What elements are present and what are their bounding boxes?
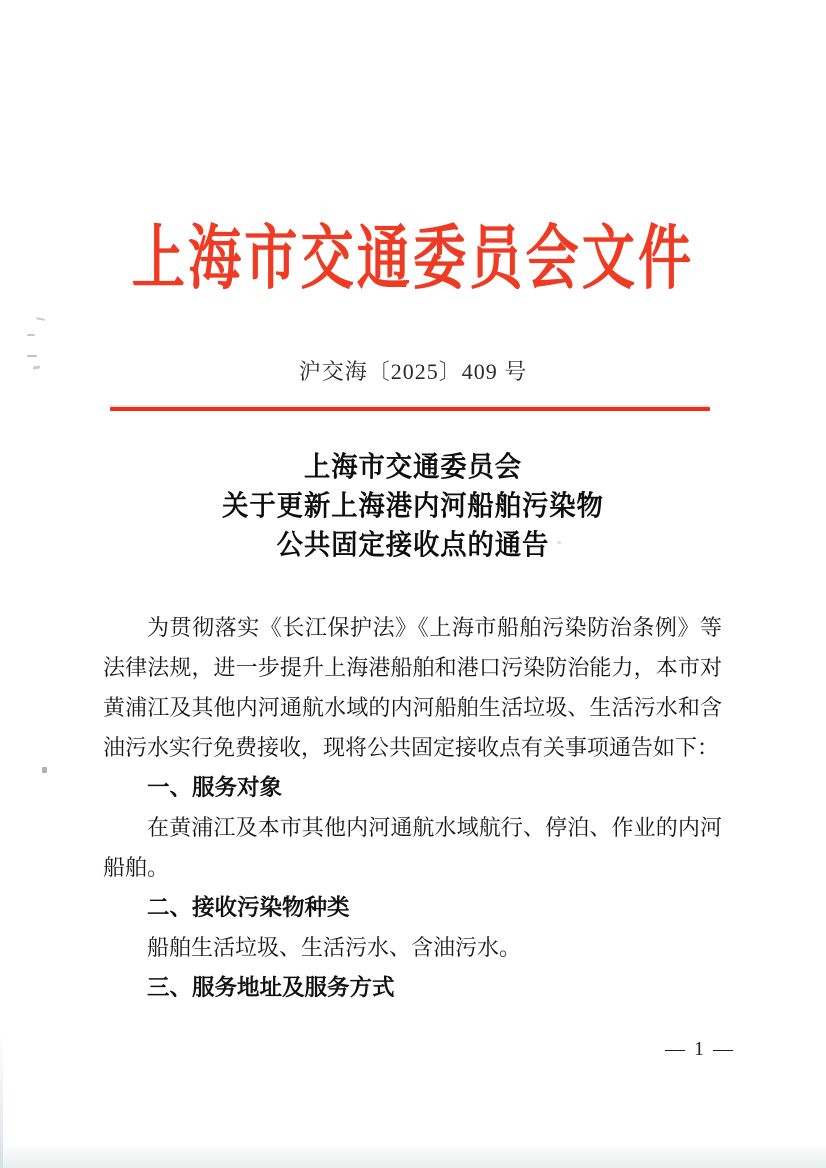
- scanned-document-page: 上海市交通委员会文件 沪交海〔2025〕409 号 上海市交通委员会 关于更新上…: [0, 0, 826, 1168]
- notice-title: 上海市交通委员会 关于更新上海港内河船舶污染物 公共固定接收点的通告: [25, 448, 801, 565]
- scan-artifact: [36, 317, 45, 321]
- notice-title-line-2: 关于更新上海港内河船舶污染物: [25, 487, 801, 526]
- section-heading-3: 三、服务地址及服务方式: [103, 968, 722, 1008]
- scan-edge-shadow: [0, 1142, 826, 1168]
- document-number: 沪交海〔2025〕409 号: [0, 358, 826, 386]
- document-body: 为贯彻落实《长江保护法》《上海市船舶污染防治条例》等 法律法规，进一步提升上海港…: [103, 608, 722, 1008]
- page-number: — 1 —: [640, 1036, 760, 1062]
- letterhead-org-title: 上海市交通委员会文件: [99, 217, 727, 303]
- notice-title-line-3: 公共固定接收点的通告: [25, 526, 801, 565]
- scan-artifact: [27, 334, 35, 336]
- body-paragraph-line: 法律法规，进一步提升上海港船舶和港口污染防治能力，本市对: [103, 648, 722, 688]
- red-divider-line: [110, 407, 710, 411]
- body-paragraph-line: 船舶生活垃圾、生活污水、含油污水。: [103, 928, 722, 968]
- body-paragraph-line: 在黄浦江及本市其他内河通航水域航行、停泊、作业的内河: [103, 808, 722, 848]
- section-heading-2: 二、接收污染物种类: [103, 888, 722, 928]
- scan-artifact: [42, 767, 47, 773]
- body-paragraph-line: 为贯彻落实《长江保护法》《上海市船舶污染防治条例》等: [103, 608, 722, 648]
- scan-artifact: [27, 355, 37, 357]
- body-paragraph-line: 黄浦江及其他内河通航水域的内河船舶生活垃圾、生活污水和含: [103, 688, 722, 728]
- body-paragraph-line: 油污水实行免费接收，现将公共固定接收点有关事项通告如下：: [103, 728, 722, 768]
- section-heading-1: 一、服务对象: [103, 768, 722, 808]
- body-paragraph-line: 船舶。: [103, 848, 722, 888]
- notice-title-line-1: 上海市交通委员会: [25, 448, 801, 487]
- scan-artifact: [557, 541, 561, 544]
